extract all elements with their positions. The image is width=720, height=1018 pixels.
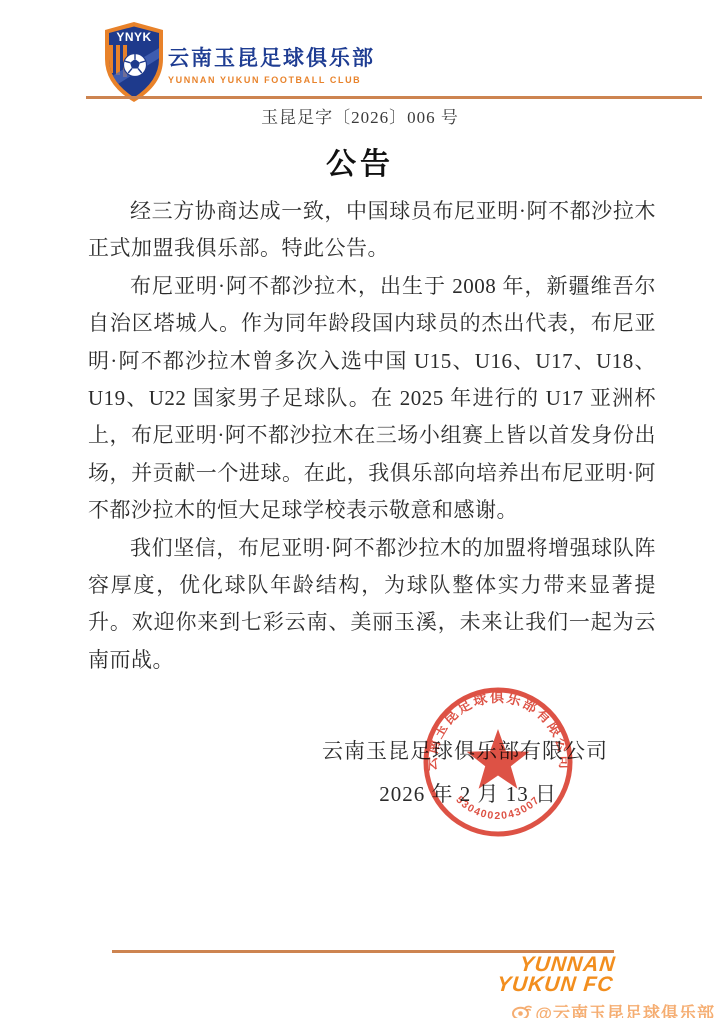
club-name-block: 云南玉昆足球俱乐部 YUNNAN YUKUN FOOTBALL CLUB [168, 42, 428, 85]
header-divider [86, 96, 702, 99]
announcement-page: YNYK 云南玉昆足球俱乐部 YUNNAN YUKUN FOOTBALL CLU… [0, 0, 720, 1018]
paragraph-1: 经三方协商达成一致，中国球员布尼亚明·阿不都沙拉木正式加盟我俱乐部。特此公告。 [88, 193, 656, 268]
footer-brand-line1: YUNNAN [498, 955, 617, 975]
paragraph-3: 我们坚信，布尼亚明·阿不都沙拉木的加盟将增强球队阵容厚度，优化球队年龄结构，为球… [88, 530, 656, 680]
watermark-text: @云南玉昆足球俱乐部 [535, 999, 715, 1018]
document-ref-number: 玉昆足字〔2026〕006 号 [0, 103, 720, 128]
soccer-ball-icon [124, 54, 147, 77]
document-body: 经三方协商达成一致，中国球员布尼亚明·阿不都沙拉木正式加盟我俱乐部。特此公告。 … [88, 193, 656, 679]
social-watermark: @云南玉昆足球俱乐部 [512, 999, 715, 1018]
club-crest-logo: YNYK [103, 21, 165, 103]
club-name-en: YUNNAN YUKUN FOOTBALL CLUB [168, 75, 428, 85]
weibo-icon [512, 1004, 532, 1018]
document-title: 公告 [0, 139, 720, 183]
signature-company: 云南玉昆足球俱乐部有限公司 [322, 735, 608, 765]
footer-brand-line2: YUKUN FC [495, 975, 614, 995]
paragraph-2: 布尼亚明·阿不都沙拉木，出生于 2008 年，新疆维吾尔自治区塔城人。作为同年龄… [88, 268, 656, 530]
crest-initials: YNYK [116, 30, 151, 44]
club-name-cn: 云南玉昆足球俱乐部 [168, 42, 428, 72]
footer-brand: YUNNAN YUKUN FC [495, 955, 616, 995]
signature-date: 2026 年 2 月 13 日 [379, 778, 557, 808]
